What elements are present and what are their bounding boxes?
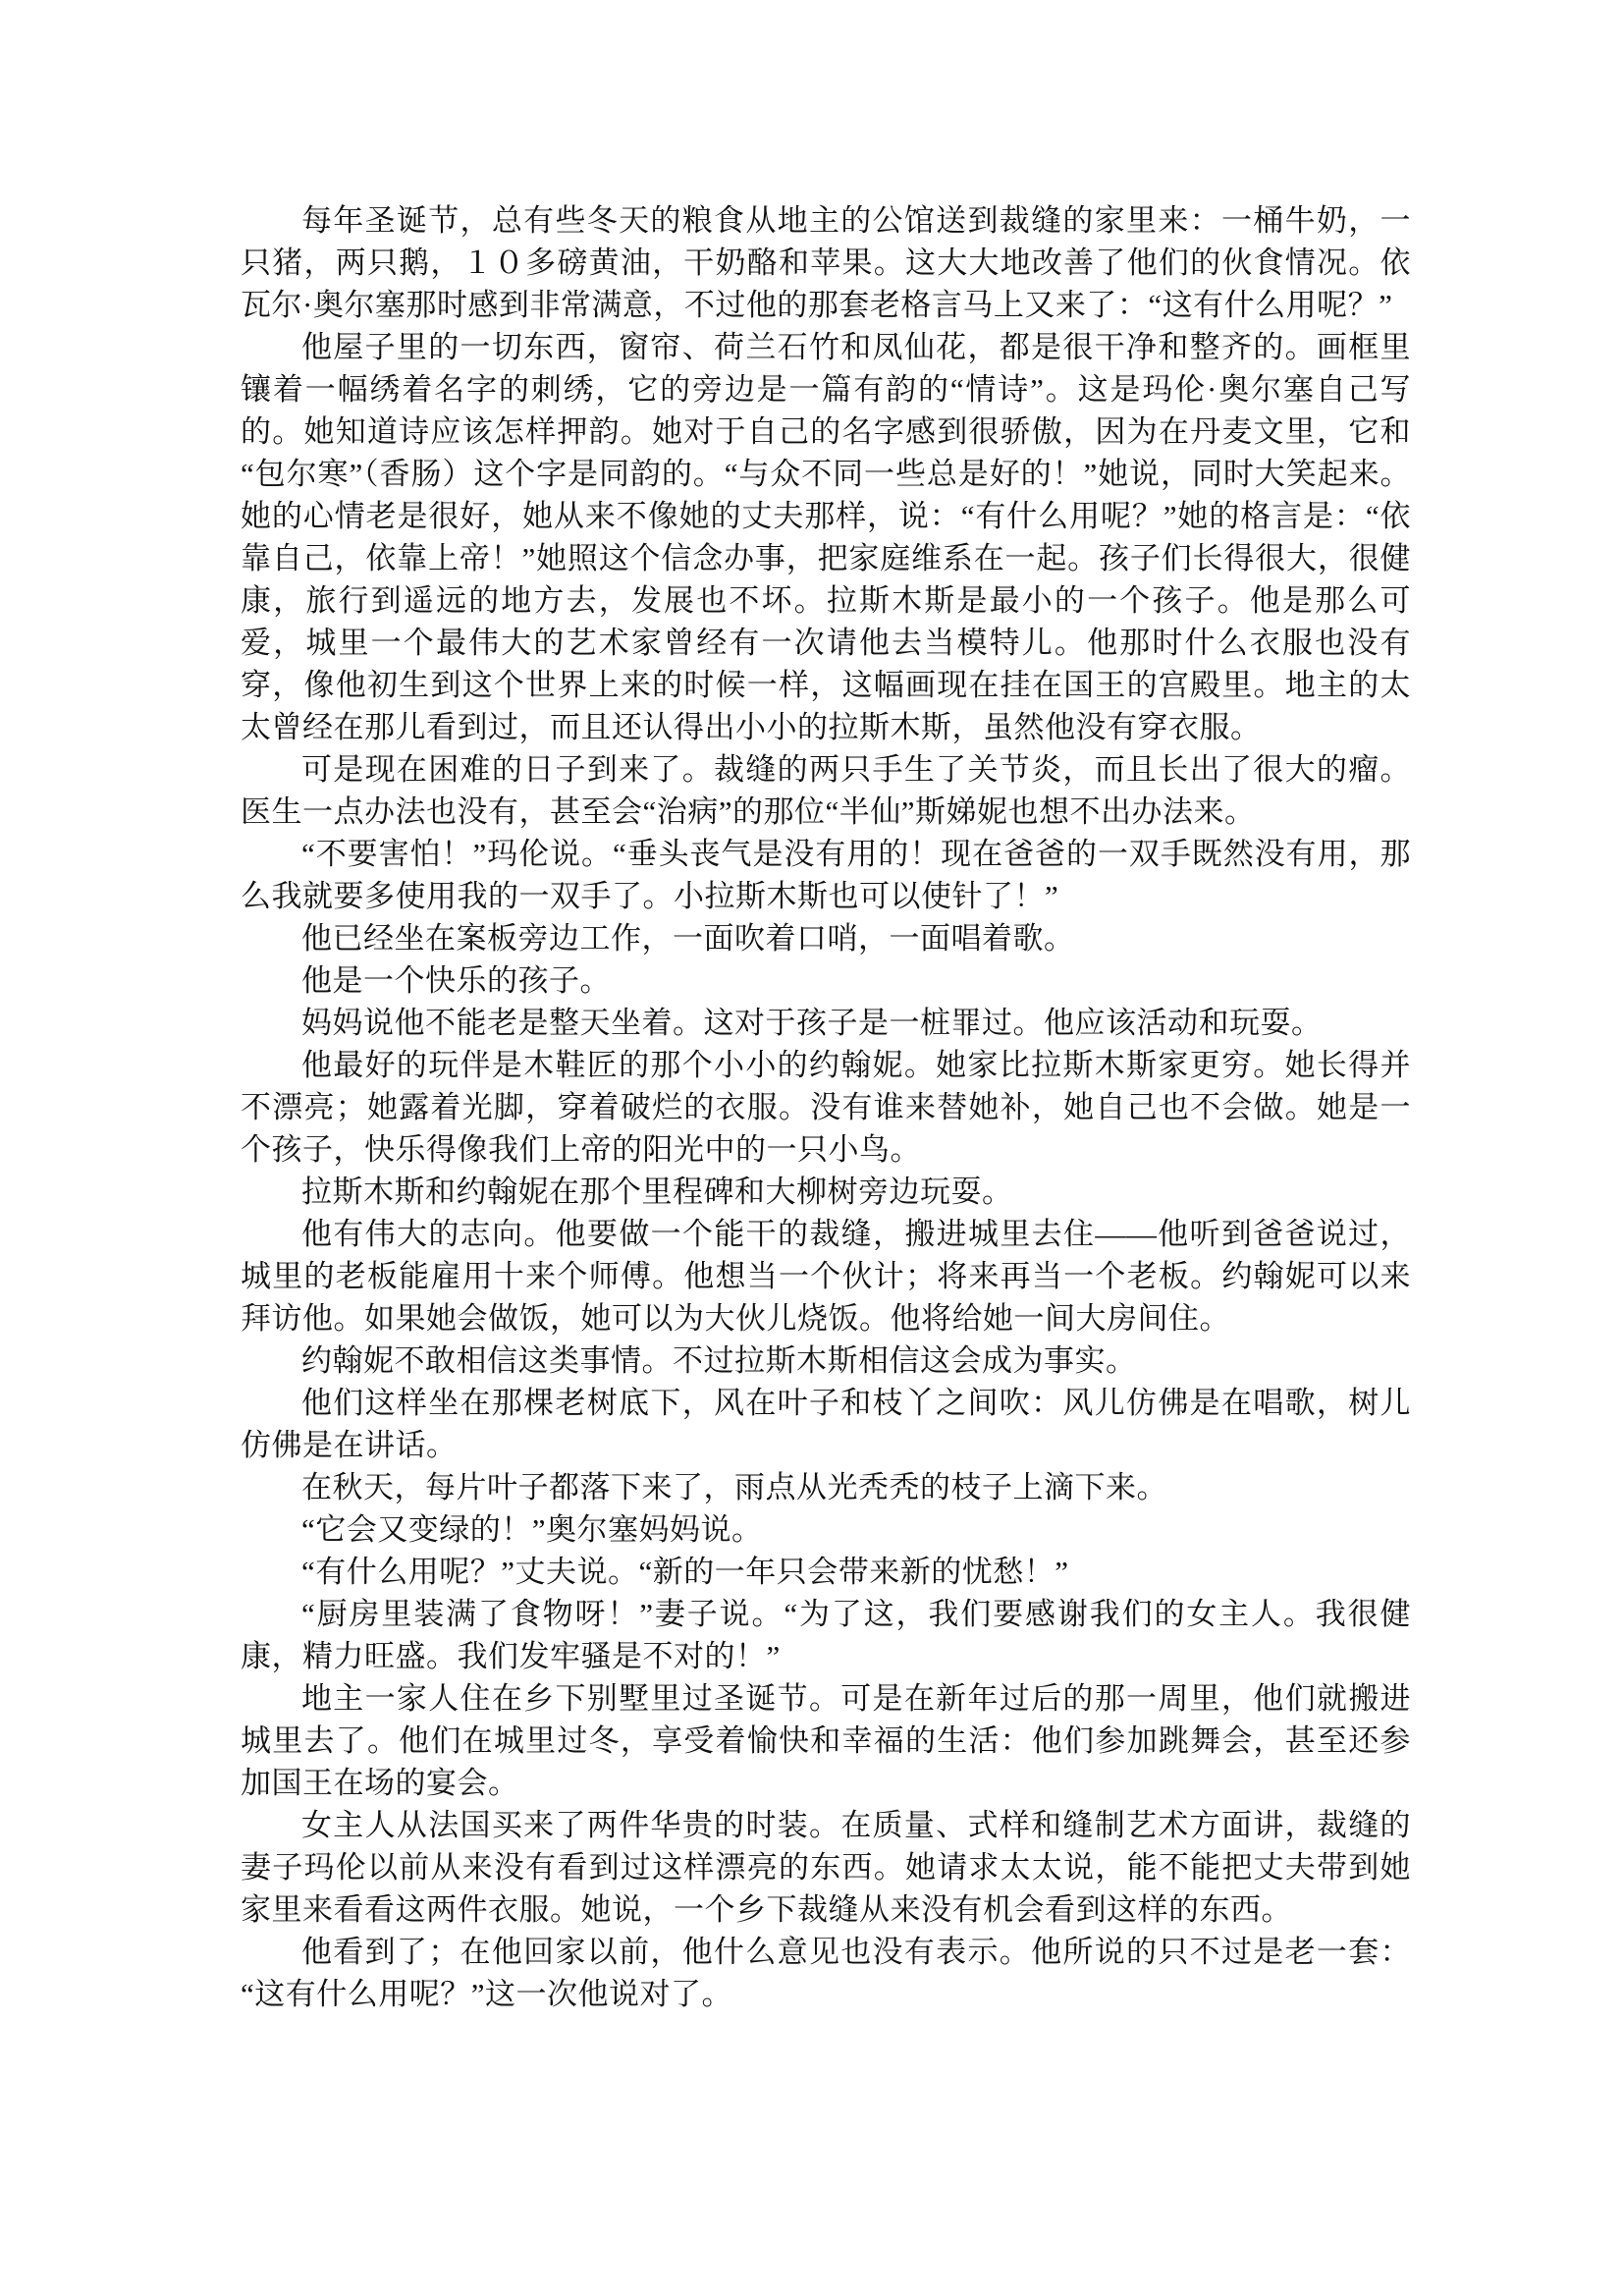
paragraph: “厨房里装满了食物呀！”妻子说。“为了这，我们要感谢我们的女主人。我很健康，精力… xyxy=(241,1593,1411,1677)
paragraph: 他最好的玩伴是木鞋匠的那个小小的约翰妮。她家比拉斯木斯家更穷。她长得并不漂亮；她… xyxy=(241,1044,1411,1171)
paragraph: 他是一个快乐的孩子。 xyxy=(241,959,1411,1002)
paragraph: 地主一家人住在乡下别墅里过圣诞节。可是在新年过后的那一周里，他们就搬进城里去了。… xyxy=(241,1677,1411,1804)
paragraph: 约翰妮不敢相信这类事情。不过拉斯木斯相信这会成为事实。 xyxy=(241,1339,1411,1382)
text-column: 每年圣诞节，总有些冬天的粮食从地主的公馆送到裁缝的家里来：一桶牛奶，一只猪，两只… xyxy=(241,199,1411,2015)
paragraph: 拉斯木斯和约翰妮在那个里程碑和大柳树旁边玩耍。 xyxy=(241,1171,1411,1213)
paragraph: 每年圣诞节，总有些冬天的粮食从地主的公馆送到裁缝的家里来：一桶牛奶，一只猪，两只… xyxy=(241,199,1411,326)
paragraph: “它会又变绿的！”奥尔塞妈妈说。 xyxy=(241,1508,1411,1551)
paragraph: “不要害怕！”玛伦说。“垂头丧气是没有用的！现在爸爸的一双手既然没有用，那么我就… xyxy=(241,833,1411,917)
paragraph: 在秋天，每片叶子都落下来了，雨点从光秃秃的枝子上滴下来。 xyxy=(241,1466,1411,1508)
paragraph: 他已经坐在案板旁边工作，一面吹着口哨，一面唱着歌。 xyxy=(241,917,1411,959)
paragraph: 可是现在困难的日子到来了。裁缝的两只手生了关节炎，而且长出了很大的瘤。医生一点办… xyxy=(241,748,1411,833)
paragraph: 女主人从法国买来了两件华贵的时装。在质量、式样和缝制艺术方面讲，裁缝的妻子玛伦以… xyxy=(241,1804,1411,1931)
paragraph: 他们这样坐在那棵老树底下，风在叶子和枝丫之间吹：风儿仿佛是在唱歌，树儿仿佛是在讲… xyxy=(241,1382,1411,1466)
paragraph: 他看到了；在他回家以前，他什么意见也没有表示。他所说的只不过是老一套：“这有什么… xyxy=(241,1931,1411,2015)
document-page: { "colors": { "background": "#ffffff", "… xyxy=(0,0,1623,2296)
page-canvas: 每年圣诞节，总有些冬天的粮食从地主的公馆送到裁缝的家里来：一桶牛奶，一只猪，两只… xyxy=(0,0,1623,2296)
paragraph: 他有伟大的志向。他要做一个能干的裁缝，搬进城里去住——他听到爸爸说过，城里的老板… xyxy=(241,1213,1411,1339)
paragraph: 他屋子里的一切东西，窗帘、荷兰石竹和凤仙花，都是很干净和整齐的。画框里镶着一幅绣… xyxy=(241,326,1411,748)
paragraph: “有什么用呢？”丈夫说。“新的一年只会带来新的忧愁！” xyxy=(241,1551,1411,1593)
paragraph: 妈妈说他不能老是整天坐着。这对于孩子是一桩罪过。他应该活动和玩耍。 xyxy=(241,1002,1411,1044)
